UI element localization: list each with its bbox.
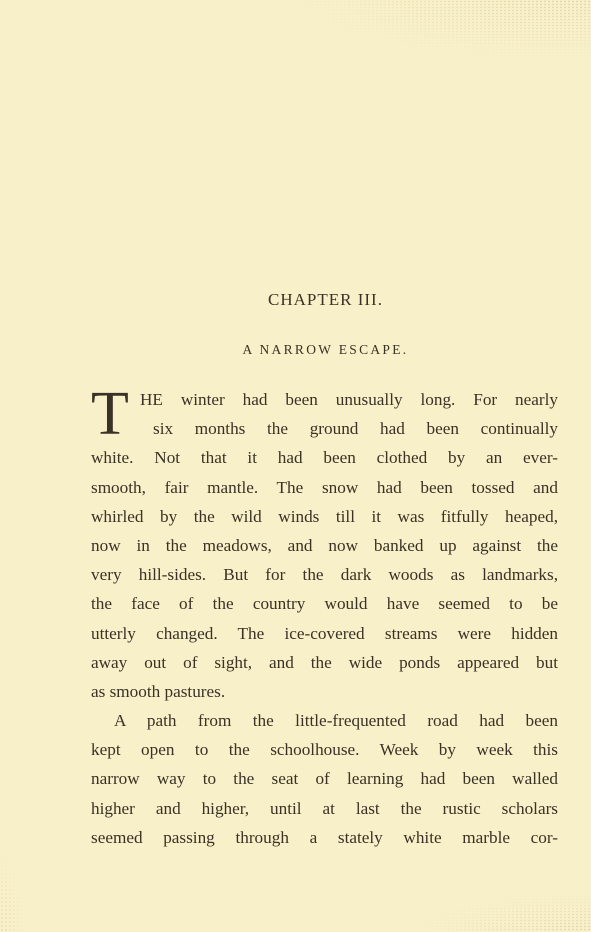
text-line: narrow way to the seat of learning had b… <box>91 764 558 793</box>
paragraph-1: T HE winter had been unusually long. For… <box>91 385 558 706</box>
text-line: now in the meadows, and now banked up ag… <box>91 531 558 560</box>
page-foxing-bottom-left <box>0 852 25 932</box>
text-line: A path from the little-frequented road h… <box>91 706 558 735</box>
text-line: whirled by the wild winds till it was fi… <box>91 502 558 531</box>
drop-cap: T <box>91 385 129 443</box>
text-line: six months the ground had been continual… <box>91 414 558 443</box>
chapter-body: T HE winter had been unusually long. For… <box>91 385 558 852</box>
text-line: HE winter had been unusually long. For n… <box>91 385 558 414</box>
text-line: very hill-sides. But for the dark woods … <box>91 560 558 589</box>
text-line: as smooth pastures. <box>91 677 558 706</box>
chapter-title: A NARROW ESCAPE. <box>0 342 591 358</box>
text-line: kept open to the schoolhouse. Week by we… <box>91 735 558 764</box>
chapter-heading: CHAPTER III. <box>0 290 591 310</box>
text-line: white. Not that it had been clothed by a… <box>91 443 558 472</box>
book-page: CHAPTER III. A NARROW ESCAPE. T HE winte… <box>0 0 591 932</box>
text-line: utterly changed. The ice-covered streams… <box>91 619 558 648</box>
paragraph-2: A path from the little-frequented road h… <box>91 706 558 852</box>
text-line: the face of the country would have seeme… <box>91 589 558 618</box>
text-line: seemed passing through a stately white m… <box>91 823 558 852</box>
text-line: smooth, fair mantle. The snow had been t… <box>91 473 558 502</box>
page-foxing-top-right <box>291 0 591 60</box>
page-foxing-bottom-right <box>411 892 591 932</box>
text-line: higher and higher, until at last the rus… <box>91 794 558 823</box>
text-line: away out of sight, and the wide ponds ap… <box>91 648 558 677</box>
